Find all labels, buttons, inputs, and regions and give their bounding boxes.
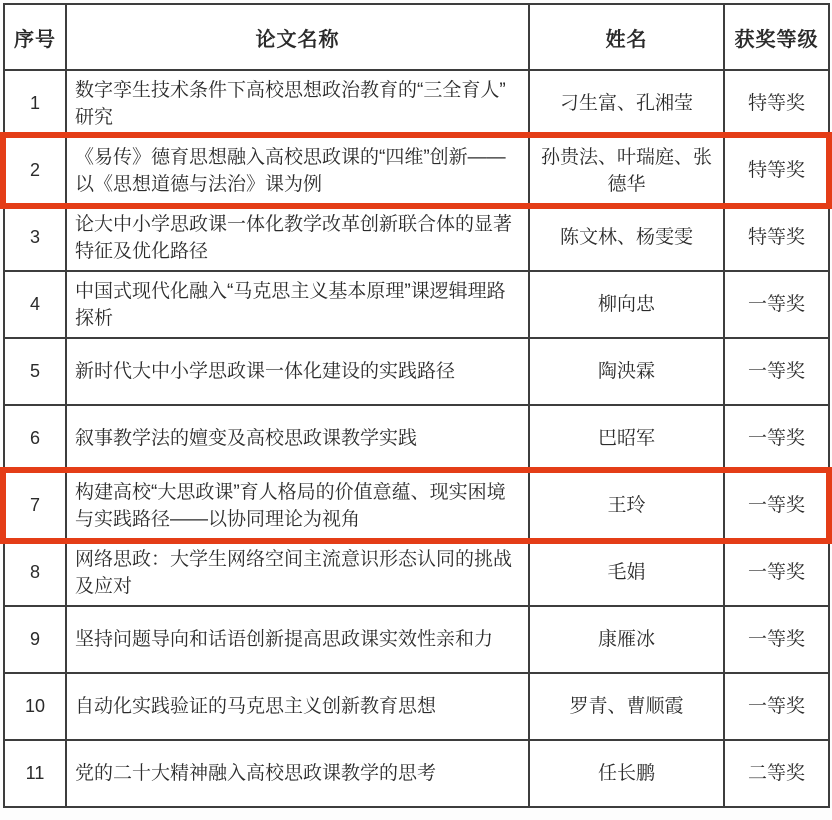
- author-names: 巴昭军: [529, 405, 724, 472]
- paper-title: 数字孪生技术条件下高校思想政治教育的“三全育人”研究: [66, 70, 529, 137]
- award-level: 一等奖: [724, 271, 829, 338]
- row-index: 8: [4, 539, 66, 606]
- row-index: 11: [4, 740, 66, 807]
- author-names: 王玲: [529, 472, 724, 539]
- author-names: 任长鹏: [529, 740, 724, 807]
- header-row: 序号 论文名称 姓名 获奖等级: [4, 4, 829, 70]
- table-body: 1 数字孪生技术条件下高校思想政治教育的“三全育人”研究 刁生富、孔湘莹 特等奖…: [4, 70, 829, 807]
- row-index: 7: [4, 472, 66, 539]
- award-level: 一等奖: [724, 405, 829, 472]
- paper-title: 构建高校“大思政课”育人格局的价值意蕴、现实困境与实践路径——以协同理论为视角: [66, 472, 529, 539]
- table-row: 8 网络思政：大学生网络空间主流意识形态认同的挑战及应对 毛娟 一等奖: [4, 539, 829, 606]
- paper-title: 中国式现代化融入“马克思主义基本原理”课逻辑理路探析: [66, 271, 529, 338]
- column-header-names: 姓名: [529, 4, 724, 70]
- awards-table: 序号 论文名称 姓名 获奖等级 1 数字孪生技术条件下高校思想政治教育的“三全育…: [3, 3, 830, 808]
- paper-title: 论大中小学思政课一体化教学改革创新联合体的显著特征及优化路径: [66, 204, 529, 271]
- award-level: 一等奖: [724, 539, 829, 606]
- table-row: 7 构建高校“大思政课”育人格局的价值意蕴、现实困境与实践路径——以协同理论为视…: [4, 472, 829, 539]
- author-names: 陈文林、杨雯雯: [529, 204, 724, 271]
- award-level: 特等奖: [724, 137, 829, 204]
- paper-title: 自动化实践验证的马克思主义创新教育思想: [66, 673, 529, 740]
- row-index: 10: [4, 673, 66, 740]
- column-header-index: 序号: [4, 4, 66, 70]
- author-names: 毛娟: [529, 539, 724, 606]
- award-level: 一等奖: [724, 673, 829, 740]
- table-row: 6 叙事教学法的嬗变及高校思政课教学实践 巴昭军 一等奖: [4, 405, 829, 472]
- award-level: 特等奖: [724, 70, 829, 137]
- paper-title: 新时代大中小学思政课一体化建设的实践路径: [66, 338, 529, 405]
- paper-title: 叙事教学法的嬗变及高校思政课教学实践: [66, 405, 529, 472]
- table-row: 9 坚持问题导向和话语创新提高思政课实效性亲和力 康雁冰 一等奖: [4, 606, 829, 673]
- award-level: 特等奖: [724, 204, 829, 271]
- row-index: 3: [4, 204, 66, 271]
- row-index: 9: [4, 606, 66, 673]
- author-names: 罗青、曹顺霞: [529, 673, 724, 740]
- row-index: 5: [4, 338, 66, 405]
- table-row: 3 论大中小学思政课一体化教学改革创新联合体的显著特征及优化路径 陈文林、杨雯雯…: [4, 204, 829, 271]
- author-names: 孙贵法、叶瑞庭、张德华: [529, 137, 724, 204]
- paper-title: 坚持问题导向和话语创新提高思政课实效性亲和力: [66, 606, 529, 673]
- row-index: 2: [4, 137, 66, 204]
- author-names: 陶泱霖: [529, 338, 724, 405]
- table-row: 10 自动化实践验证的马克思主义创新教育思想 罗青、曹顺霞 一等奖: [4, 673, 829, 740]
- document-page: 序号 论文名称 姓名 获奖等级 1 数字孪生技术条件下高校思想政治教育的“三全育…: [0, 0, 832, 820]
- row-index: 6: [4, 405, 66, 472]
- table-header: 序号 论文名称 姓名 获奖等级: [4, 4, 829, 70]
- author-names: 刁生富、孔湘莹: [529, 70, 724, 137]
- table-row: 5 新时代大中小学思政课一体化建设的实践路径 陶泱霖 一等奖: [4, 338, 829, 405]
- table-row: 4 中国式现代化融入“马克思主义基本原理”课逻辑理路探析 柳向忠 一等奖: [4, 271, 829, 338]
- award-level: 一等奖: [724, 338, 829, 405]
- author-names: 康雁冰: [529, 606, 724, 673]
- author-names: 柳向忠: [529, 271, 724, 338]
- table-row: 1 数字孪生技术条件下高校思想政治教育的“三全育人”研究 刁生富、孔湘莹 特等奖: [4, 70, 829, 137]
- paper-title: 党的二十大精神融入高校思政课教学的思考: [66, 740, 529, 807]
- paper-title: 《易传》德育思想融入高校思政课的“四维”创新——以《思想道德与法治》课为例: [66, 137, 529, 204]
- award-level: 一等奖: [724, 606, 829, 673]
- award-level: 二等奖: [724, 740, 829, 807]
- paper-title: 网络思政：大学生网络空间主流意识形态认同的挑战及应对: [66, 539, 529, 606]
- row-index: 4: [4, 271, 66, 338]
- table-row: 2 《易传》德育思想融入高校思政课的“四维”创新——以《思想道德与法治》课为例 …: [4, 137, 829, 204]
- column-header-paper-title: 论文名称: [66, 4, 529, 70]
- column-header-award-level: 获奖等级: [724, 4, 829, 70]
- table-row: 11 党的二十大精神融入高校思政课教学的思考 任长鹏 二等奖: [4, 740, 829, 807]
- award-level: 一等奖: [724, 472, 829, 539]
- row-index: 1: [4, 70, 66, 137]
